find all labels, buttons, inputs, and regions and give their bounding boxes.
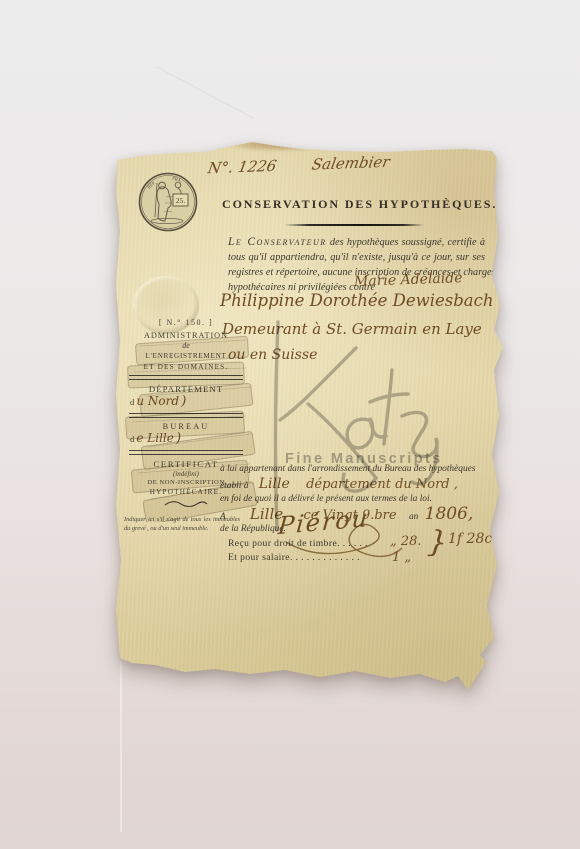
fee-total-value: 1f 28c [448,531,492,547]
handwritten-header: N°. 1226 Salembier [208,153,390,177]
etabli-place-handwritten: Lille [259,476,290,492]
bureau-prefix: d [130,434,134,444]
fee-timbre-value: „ 28. [390,534,422,549]
margin-bureau-label: BUREAU [126,422,246,431]
handwritten-residence-1: Demeurant à St. Germain en Laye [222,320,482,338]
handwritten-name-top: Salembier [310,153,391,174]
margin-departement-value: d u Nord ) [126,394,246,409]
title-rule [284,224,424,226]
lower-line-2: établi à Lille département du Nord , [220,477,490,493]
stamp-value: 25. [176,196,186,205]
document-paper-wrapper: 25. RÉP. FRA. N°. 1226 Salembier CONSERV… [108,140,506,700]
departement-paren: ) [181,394,186,409]
form-number: [ N.° 150. ] [126,318,246,327]
margin-enregistrement: L'ENREGISTREMENT [126,352,246,360]
date-year-handwritten: 1806, [425,504,474,524]
margin-departement-label: DÉPARTEMENT [126,384,246,394]
body-line-2: tous qu'il appartiendra, qu'il n'existe,… [228,250,485,265]
margin-rule-2 [129,413,243,418]
handwritten-against-name-2: Philippine Dorothée Dewiesbach [220,291,494,310]
body-line-1: Le Conservateur des hypothèques soussign… [228,235,485,250]
margin-bureau-value: d e Lille ) [126,431,246,446]
photo-background: 25. RÉP. FRA. N°. 1226 Salembier CONSERV… [0,0,580,849]
departement-prefix: d [130,397,134,407]
fee-timbre-label: Reçu pour droit de timbre. . . . . . [228,538,368,549]
wall-crease [156,66,254,119]
page-title: CONSERVATION DES HYPOTHÈQUES. [222,197,484,212]
fee-brace: } [426,524,449,561]
departement-handwritten: u Nord [136,394,179,408]
lower-line-1: à lui appartenant dans l'arrondissement … [220,462,490,476]
bureau-paren: ) [176,431,181,446]
margin-flourish-icon [163,500,209,509]
fee-salaire-label: Et pour salaire. . . . . . . . . . . . . [228,552,360,563]
spacer [281,170,307,171]
etabli-a-label: établi à [220,481,248,491]
revenue-stamp-icon: 25. RÉP. FRA. [136,170,200,234]
fee-salaire-value: 1 „ [392,550,411,565]
body-line-1-rest: des hypothèques soussigné, certifie à [327,237,485,248]
margin-rule-3 [129,450,243,455]
bureau-handwritten: e Lille [136,431,174,445]
document-number: N°. 1226 [206,157,277,178]
margin-administration: ADMINISTRATION [126,331,246,340]
margin-rule-1 [129,375,243,380]
margin-domaines: ET DES DOMAINES. [126,363,246,371]
margin-de: de [126,341,246,350]
body-lead: Le Conservateur [228,236,327,248]
etabli-dept-handwritten: département du Nord , [306,477,458,492]
paper-toning-stain [224,140,336,152]
date-prefix: A [220,512,226,522]
document-paper: 25. RÉP. FRA. N°. 1226 Salembier CONSERV… [108,140,506,700]
